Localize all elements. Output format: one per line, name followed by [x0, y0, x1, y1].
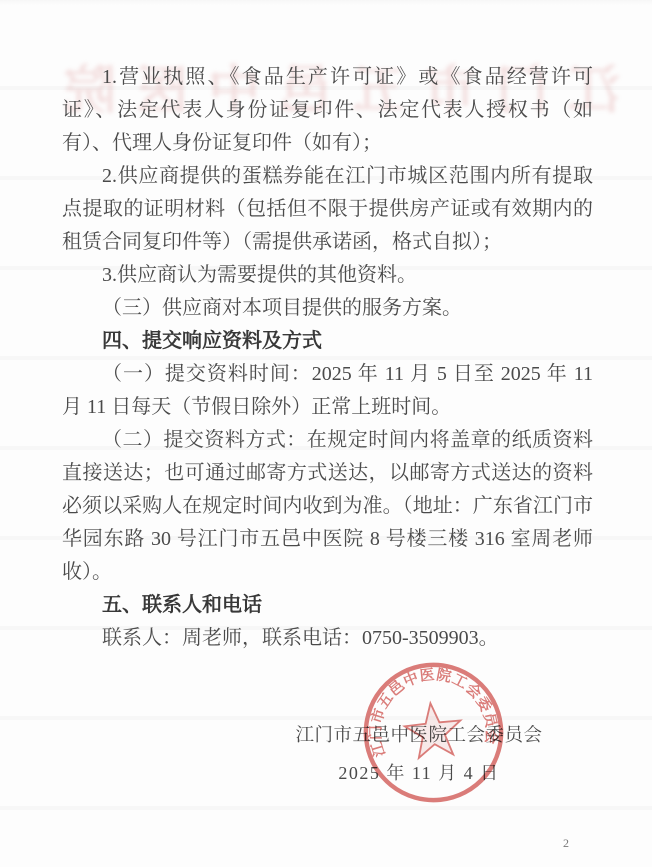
scanned-document-page: 江门市五邑中医院 1.营业执照、《食品生产许可证》或《食品经营许可证》、法定代表… [0, 0, 652, 867]
seal-star-icon [403, 700, 464, 759]
clause-service-plan: （三）供应商对本项目提供的服务方案。 [62, 292, 593, 325]
clause-submission-time: （一）提交资料时间：2025 年 11 月 5 日至 2025 年 11 月 1… [62, 358, 593, 424]
document-body: 1.营业执照、《食品生产许可证》或《食品经营许可证》、法定代表人身份证复印件、法… [62, 61, 593, 655]
clause-contact-info: 联系人：周老师，联系电话：0750-3509903。 [62, 622, 593, 655]
page-number: 2 [563, 836, 569, 851]
section-heading-submission: 四、提交响应资料及方式 [62, 325, 593, 358]
clause-submission-method: （二）提交资料方式：在规定时间内将盖章的纸质资料直接送达；也可通过邮寄方式送达，… [62, 424, 593, 589]
clause-other-materials: 3.供应商认为需要提供的其他资料。 [62, 259, 593, 292]
clause-pickup-proof: 2.供应商提供的蛋糕券能在江门市城区范围内所有提取点提取的证明材料（包括但不限于… [62, 160, 593, 259]
official-seal-stamp: 江门市五邑中医院工会委员会 [353, 652, 515, 814]
section-heading-contact: 五、联系人和电话 [62, 589, 593, 622]
clause-required-licenses: 1.营业执照、《食品生产许可证》或《食品经营许可证》、法定代表人身份证复印件、法… [62, 61, 593, 160]
